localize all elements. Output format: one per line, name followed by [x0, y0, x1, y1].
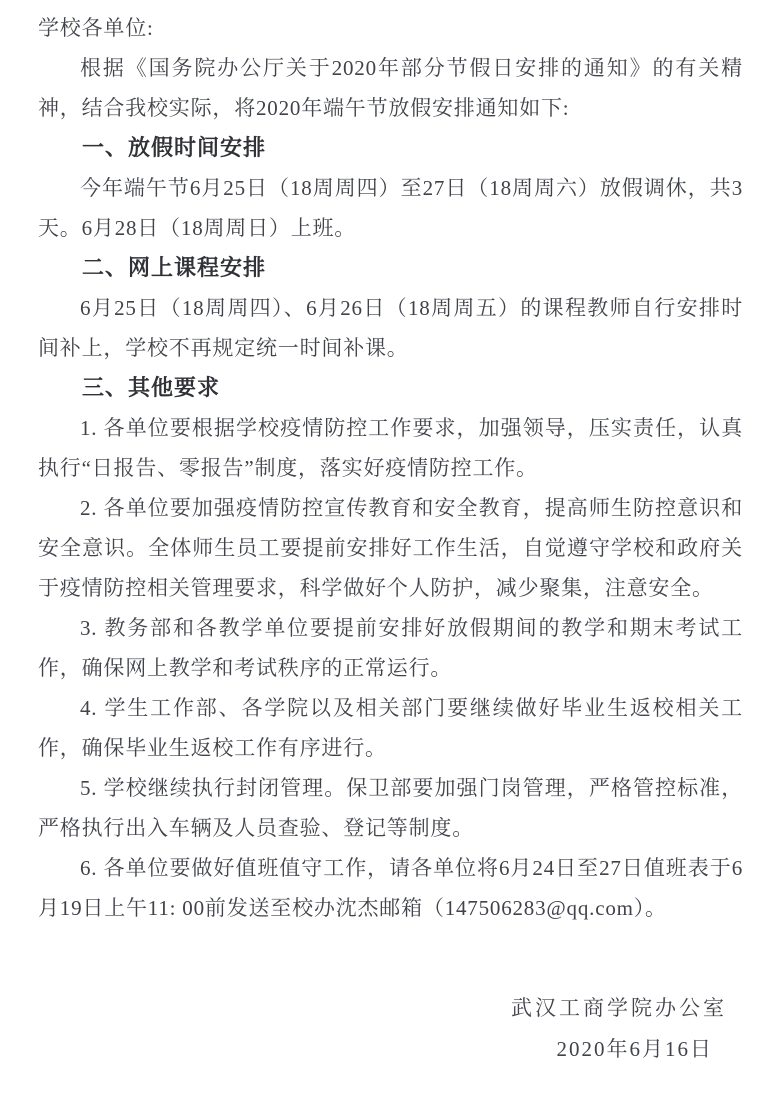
section-3-item-6: 6. 各单位要做好值班值守工作，请各单位将6月24日至27日值班表于6月19日上…: [38, 848, 743, 928]
section-2-heading: 二、网上课程安排: [38, 248, 743, 288]
signature-date: 2020年6月16日: [38, 1028, 743, 1070]
section-3-item-5: 5. 学校继续执行封闭管理。保卫部要加强门岗管理，严格管控标准，严格执行出入车辆…: [38, 768, 743, 848]
section-1-paragraph-1: 今年端午节6月25日（18周周四）至27日（18周周六）放假调休，共3天。6月2…: [38, 168, 743, 248]
intro-paragraph: 根据《国务院办公厅关于2020年部分节假日安排的通知》的有关精神，结合我校实际，…: [38, 48, 743, 128]
section-3-item-4: 4. 学生工作部、各学院以及相关部门要继续做好毕业生返校相关工作，确保毕业生返校…: [38, 688, 743, 768]
signature-organization: 武汉工商学院办公室: [38, 988, 743, 1028]
salutation: 学校各单位:: [38, 8, 743, 48]
notice-document-page: 学校各单位: 根据《国务院办公厅关于2020年部分节假日安排的通知》的有关精神，…: [0, 0, 775, 1095]
section-3-heading: 三、其他要求: [38, 368, 743, 408]
section-3-item-2: 2. 各单位要加强疫情防控宣传教育和安全教育，提高师生防控意识和安全意识。全体师…: [38, 488, 743, 608]
signature-block: 武汉工商学院办公室 2020年6月16日: [38, 988, 743, 1070]
section-1-heading: 一、放假时间安排: [38, 128, 743, 168]
section-2-paragraph-1: 6月25日（18周周四）、6月26日（18周周五）的课程教师自行安排时间补上，学…: [38, 288, 743, 368]
section-3-item-1: 1. 各单位要根据学校疫情防控工作要求，加强领导，压实责任，认真执行“日报告、零…: [38, 408, 743, 488]
section-3-item-3: 3. 教务部和各教学单位要提前安排好放假期间的教学和期末考试工作，确保网上教学和…: [38, 608, 743, 688]
